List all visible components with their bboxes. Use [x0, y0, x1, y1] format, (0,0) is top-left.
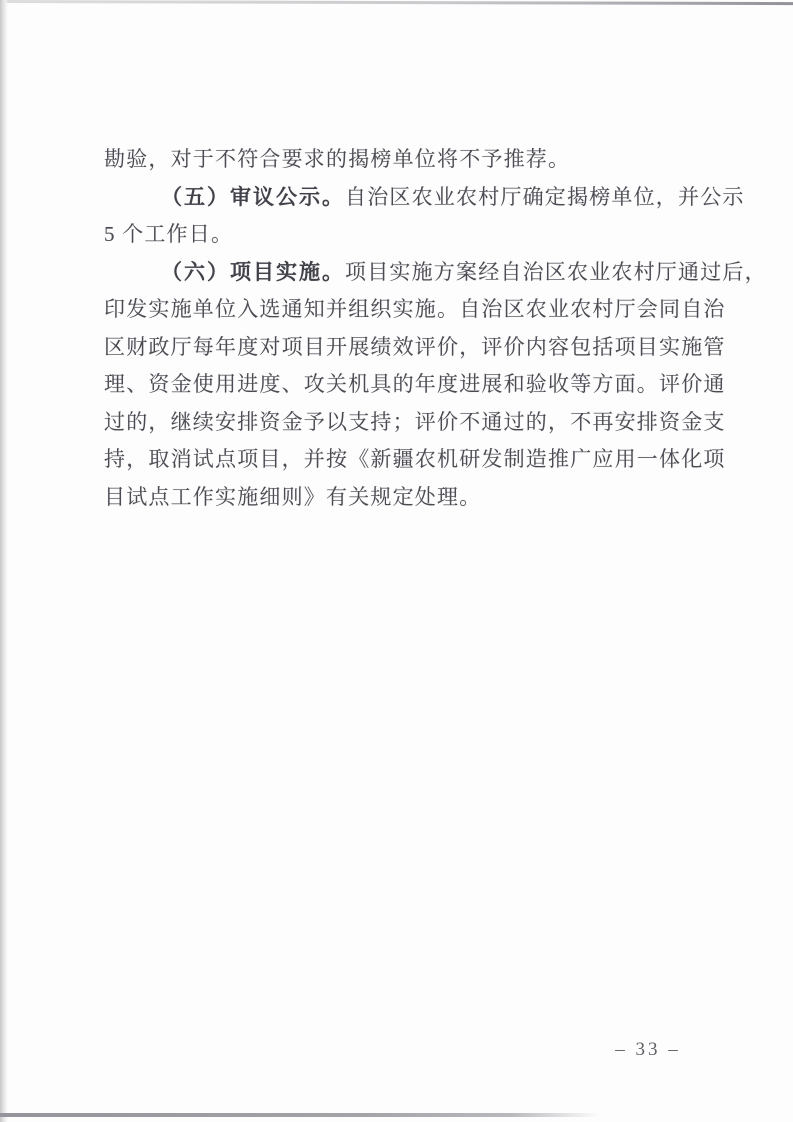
line-text: 项目实施方案经自治区农业农村厅通过后，: [345, 260, 767, 284]
line-text: 持，取消试点项目，并按《新疆农机研发制造推广应用一体化项: [104, 447, 726, 471]
text-line: 目试点工作实施细则》有关规定处理。: [104, 479, 704, 517]
line-text: 区财政厅每年度对项目开展绩效评价，评价内容包括项目实施管: [104, 335, 726, 359]
line-text: 过的，继续安排资金予以支持；评价不通过的，不再安排资金支: [104, 410, 726, 434]
scan-edge-top: [0, 0, 793, 5]
text-line: 过的，继续安排资金予以支持；评价不通过的，不再安排资金支: [104, 404, 704, 442]
text-line: 持，取消试点项目，并按《新疆农机研发制造推广应用一体化项: [104, 441, 704, 479]
section-heading-5: （五）审议公示。: [161, 185, 345, 209]
text-line: 理、资金使用进度、攻关机具的年度进展和验收等方面。评价通: [104, 366, 704, 404]
text-line: （五）审议公示。自治区农业农村厅确定揭榜单位，并公示: [104, 179, 704, 217]
text-line: 5 个工作日。: [104, 216, 704, 254]
section-heading-6: （六）项目实施。: [161, 260, 345, 284]
line-text: 目试点工作实施细则》有关规定处理。: [104, 485, 481, 509]
line-text: 印发实施单位入选通知并组织实施。自治区农业农村厅会同自治: [104, 297, 726, 321]
document-text-block: 勘验，对于不符合要求的揭榜单位将不予推荐。 （五）审议公示。自治区农业农村厅确定…: [104, 141, 704, 516]
line-text: 5 个工作日。: [104, 222, 233, 246]
line-text: 理、资金使用进度、攻关机具的年度进展和验收等方面。评价通: [104, 372, 726, 396]
scan-edge-left: [0, 0, 8, 1122]
text-line: （六）项目实施。项目实施方案经自治区农业农村厅通过后，: [104, 254, 704, 292]
text-line: 印发实施单位入选通知并组织实施。自治区农业农村厅会同自治: [104, 291, 704, 329]
page-number: – 33 –: [612, 1037, 684, 1062]
line-text: 自治区农业农村厅确定揭榜单位，并公示: [345, 185, 745, 209]
scan-edge-bottom: [0, 1113, 600, 1117]
text-line: 区财政厅每年度对项目开展绩效评价，评价内容包括项目实施管: [104, 329, 704, 367]
scanned-document-page: { "page": { "number_text": "– 33 –" }, "…: [0, 0, 793, 1122]
line-text: 勘验，对于不符合要求的揭榜单位将不予推荐。: [104, 147, 570, 171]
text-line: 勘验，对于不符合要求的揭榜单位将不予推荐。: [104, 141, 704, 179]
